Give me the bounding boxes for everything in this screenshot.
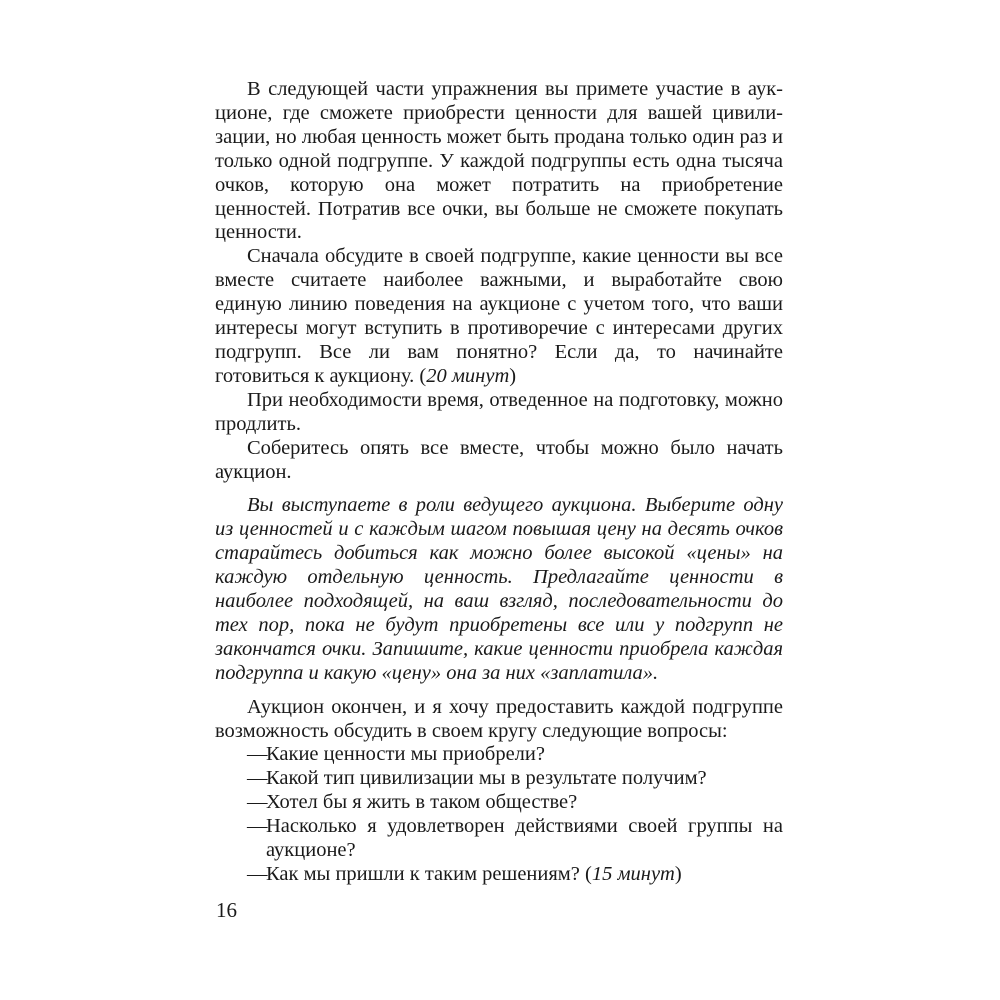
paragraph-auction-intro: В следующей части упражнения вы примете … — [215, 78, 783, 245]
paragraph-text-end: ) — [509, 365, 516, 387]
page-number: 16 — [216, 898, 237, 922]
facilitator-instruction: Вы выступаете в роли ведущего аукциона. … — [215, 494, 783, 685]
instruction-text: Вы выступаете в роли ведущего аукциона. … — [215, 494, 783, 683]
paragraph-text: Аукцион окончен, и я хочу предоставить к… — [215, 696, 783, 742]
list-item: —Какие ценности мы приобрели? — [215, 743, 783, 767]
list-item: —Хотел бы я жить в таком обществе? — [215, 791, 783, 815]
dash-bullet: — — [247, 767, 266, 791]
question-text: Насколько я удовлетворен действиями свое… — [266, 815, 783, 861]
paragraph-text: В следующей части упражнения вы примете … — [215, 78, 783, 243]
paragraph-prepare-instructions: Сначала обсудите в своей подгруппе, каки… — [215, 245, 783, 388]
discussion-questions-list: —Какие ценности мы приобрели? —Какой тип… — [215, 743, 783, 886]
duration-note: 15 минут — [592, 863, 675, 885]
paragraph-extend-time: При необходимости время, отведенное на п… — [215, 389, 783, 437]
question-text: Как мы пришли к таким решениям? ( — [266, 863, 592, 885]
question-text-end: ) — [675, 863, 682, 885]
list-item: —Какой тип цивилизации мы в результате п… — [215, 767, 783, 791]
question-text: Какой тип цивилизации мы в результате по… — [266, 767, 707, 789]
list-item: —Как мы пришли к таким решениям? (15 мин… — [215, 863, 783, 887]
duration-note: 20 минут — [426, 365, 509, 387]
dash-bullet: — — [247, 791, 266, 815]
dash-bullet: — — [247, 863, 266, 887]
dash-bullet: — — [247, 743, 266, 767]
paragraph-auction-over: Аукцион окончен, и я хочу предоставить к… — [215, 696, 783, 744]
paragraph-text: При необходимости время, отведенное на п… — [215, 389, 783, 435]
question-text: Хотел бы я жить в таком обществе? — [266, 791, 577, 813]
paragraph-gather-together: Соберитесь опять все вместе, чтобы можно… — [215, 437, 783, 485]
book-page: В следующей части упражнения вы примете … — [215, 78, 783, 887]
list-item: —Насколько я удовлетворен действиями сво… — [215, 815, 783, 863]
question-text: Какие ценности мы приобрели? — [266, 743, 545, 765]
dash-bullet: — — [247, 815, 266, 839]
paragraph-text: Соберитесь опять все вместе, чтобы можно… — [215, 437, 783, 483]
